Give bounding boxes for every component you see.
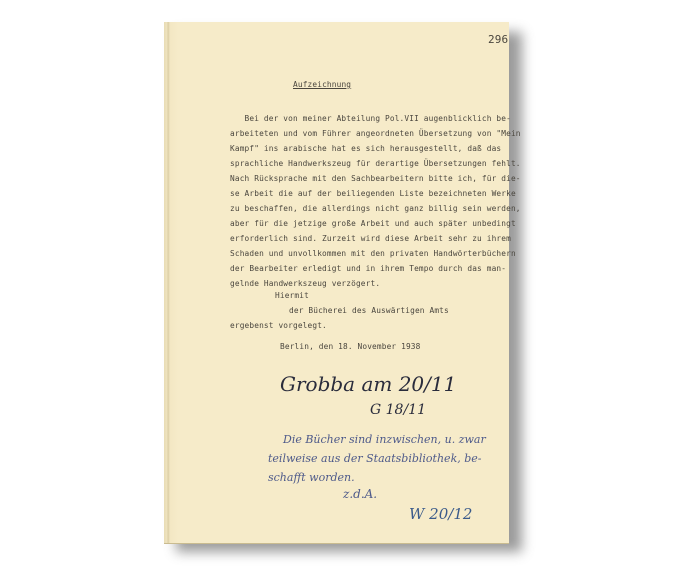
handwritten-zda: z.d.A. (343, 487, 377, 501)
handwritten-initials: G 18/11 (370, 402, 426, 418)
closing-line-2: der Bücherei des Auswärtigen Amts (289, 306, 449, 315)
body-line: erforderlich sind. Zurzeit wird diese Ar… (230, 234, 511, 243)
closing-line-1: Hiermit (275, 291, 309, 300)
closing-line-3: ergebenst vorgelegt. (230, 321, 327, 330)
page-number: 296 (488, 33, 508, 46)
body-line: gelnde Handwerkszeug verzögert. (230, 279, 380, 288)
body-line: Schaden und unvollkommen mit den private… (230, 249, 516, 258)
body-line: der Bearbeiter erledigt und in ihrem Tem… (230, 264, 506, 273)
handwritten-final-initials: W 20/12 (409, 505, 472, 523)
body-line: Nach Rücksprache mit den Sachbearbeitern… (230, 174, 521, 183)
document-title: Aufzeichnung (293, 80, 351, 89)
handwritten-note-line: schafft worden. (268, 471, 355, 484)
dateline: Berlin, den 18. November 1938 (280, 342, 420, 351)
body-line: zu beschaffen, die allerdings nicht ganz… (230, 204, 521, 213)
body-line: Kampf" ins arabische hat es sich herausg… (230, 144, 501, 153)
body-line: Bei der von meiner Abteilung Pol.VII aug… (230, 114, 511, 123)
handwritten-note-line: Die Bücher sind inzwischen, u. zwar (283, 433, 486, 446)
body-line: se Arbeit die auf der beiliegenden Liste… (230, 189, 516, 198)
handwritten-note-line: teilweise aus der Staatsbibliothek, be- (268, 452, 482, 465)
body-line: arbeiteten und vom Führer angeordneten Ü… (230, 129, 521, 138)
body-line: aber für die jetzige große Arbeit und au… (230, 219, 516, 228)
body-line: sprachliche Handwerkszeug für derartige … (230, 159, 521, 168)
handwritten-signature: Grobba am 20/11 (280, 372, 456, 396)
